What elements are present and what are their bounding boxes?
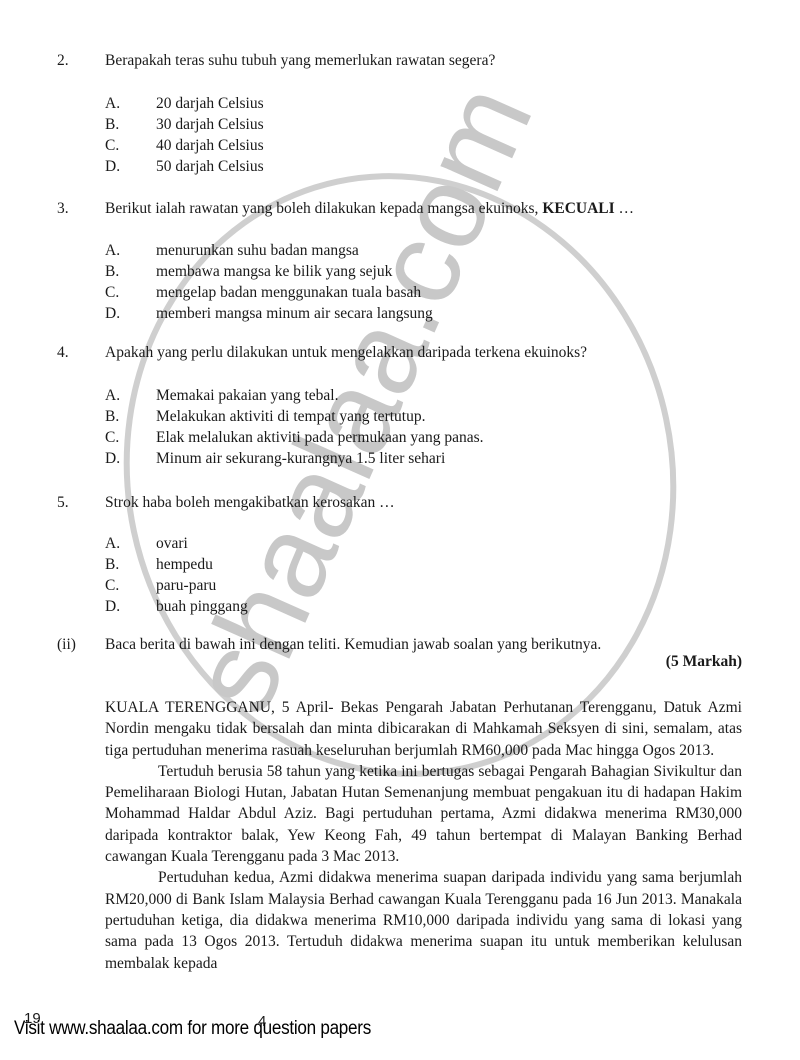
question-number: 4. <box>57 344 69 362</box>
emphasis-text: KECUALI <box>542 200 614 217</box>
section-number: (ii) <box>57 636 76 654</box>
question-text: Berapakah teras suhu tubuh yang memerluk… <box>105 52 495 70</box>
question-number: 3. <box>57 200 69 218</box>
article-paragraph: KUALA TERENGGANU, 5 April- Bekas Pengara… <box>105 697 742 761</box>
section-instruction: Baca berita di bawah ini dengan teliti. … <box>105 636 601 654</box>
marks-label: (5 Markah) <box>666 653 742 671</box>
question-number: 2. <box>57 52 69 70</box>
question-text: Strok haba boleh mengakibatkan kerosakan… <box>105 494 395 512</box>
promo-footer-link[interactable]: Visit www.shaalaa.com for more question … <box>14 1018 371 1040</box>
question-number: 5. <box>57 494 69 512</box>
question-text: Berikut ialah rawatan yang boleh dilakuk… <box>105 200 634 218</box>
article-paragraph: Pertuduhan kedua, Azmi didakwa menerima … <box>105 867 742 973</box>
news-article: KUALA TERENGGANU, 5 April- Bekas Pengara… <box>105 697 742 974</box>
article-paragraph: Tertuduh berusia 58 tahun yang ketika in… <box>105 761 742 867</box>
question-text: Apakah yang perlu dilakukan untuk mengel… <box>105 344 587 362</box>
